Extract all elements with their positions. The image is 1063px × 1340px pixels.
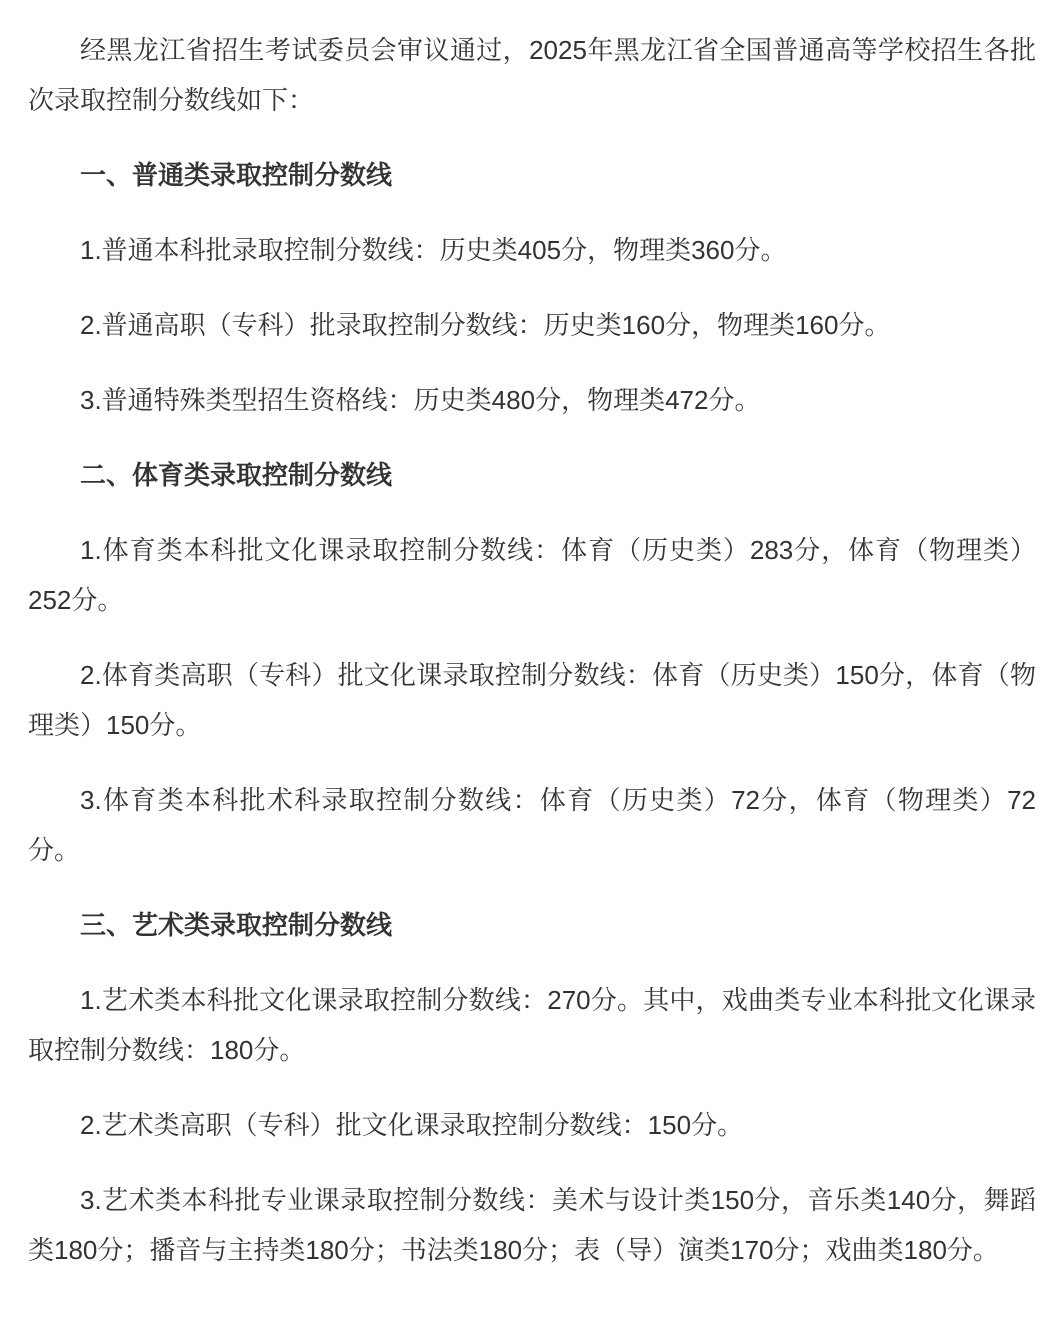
- general-item-benke: 1.普通本科批录取控制分数线：历史类405分，物理类360分。: [28, 225, 1036, 275]
- sports-item-benke-culture: 1.体育类本科批文化课录取控制分数线：体育（历史类）283分，体育（物理类）25…: [28, 525, 1036, 625]
- intro-paragraph: 经黑龙江省招生考试委员会审议通过，2025年黑龙江省全国普通高等学校招生各批次录…: [28, 25, 1036, 125]
- sports-item-benke-skill: 3.体育类本科批术科录取控制分数线：体育（历史类）72分，体育（物理类）72分。: [28, 775, 1036, 875]
- sports-item-gaozhi-culture: 2.体育类高职（专科）批文化课录取控制分数线：体育（历史类）150分，体育（物理…: [28, 650, 1036, 750]
- section-heading-general: 一、普通类录取控制分数线: [28, 150, 1036, 200]
- section-heading-sports: 二、体育类录取控制分数线: [28, 450, 1036, 500]
- arts-item-gaozhi-culture: 2.艺术类高职（专科）批文化课录取控制分数线：150分。: [28, 1100, 1036, 1150]
- article-body: 经黑龙江省招生考试委员会审议通过，2025年黑龙江省全国普通高等学校招生各批次录…: [0, 25, 1063, 1340]
- arts-item-benke-major: 3.艺术类本科批专业课录取控制分数线：美术与设计类150分，音乐类140分，舞蹈…: [28, 1175, 1036, 1275]
- arts-item-benke-culture: 1.艺术类本科批文化课录取控制分数线：270分。其中，戏曲类专业本科批文化课录取…: [28, 975, 1036, 1075]
- general-item-special: 3.普通特殊类型招生资格线：历史类480分，物理类472分。: [28, 375, 1036, 425]
- general-item-gaozhi: 2.普通高职（专科）批录取控制分数线：历史类160分，物理类160分。: [28, 300, 1036, 350]
- section-heading-arts: 三、艺术类录取控制分数线: [28, 900, 1036, 950]
